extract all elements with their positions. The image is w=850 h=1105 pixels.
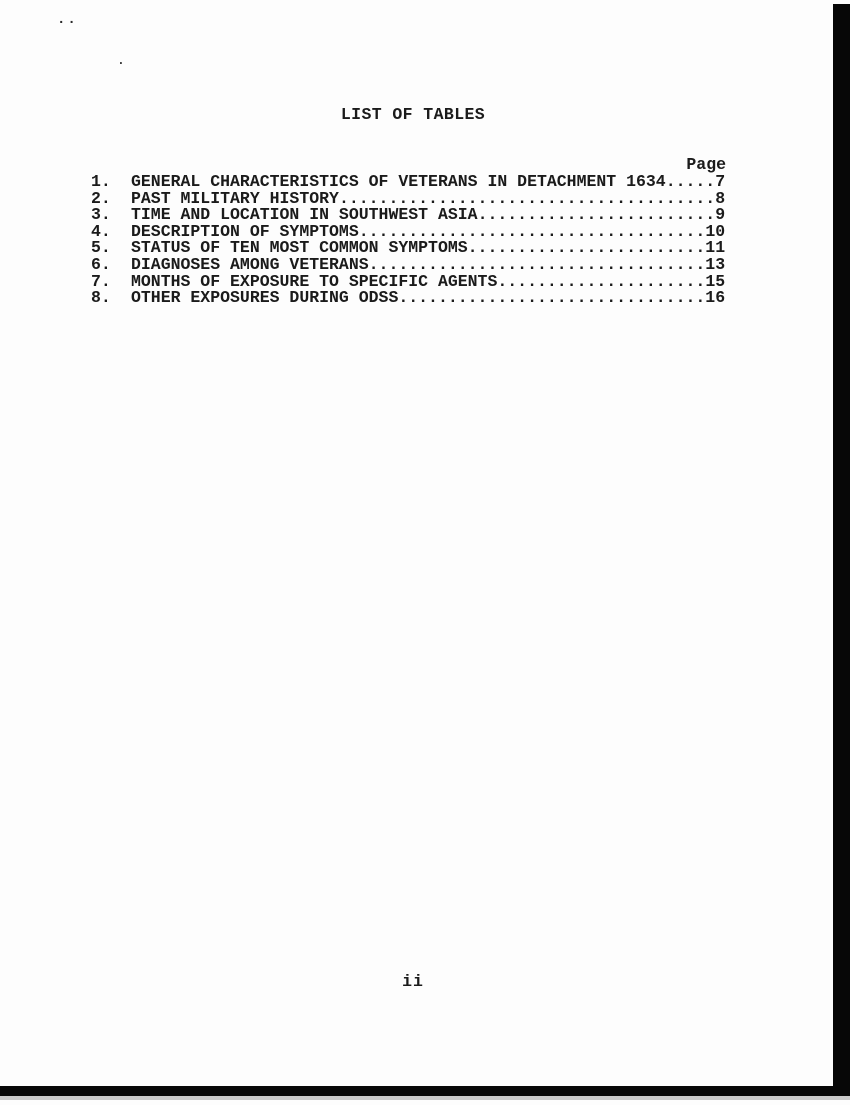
folio-page-number: ii [0, 972, 826, 991]
list-of-tables: 1.GENERAL CHARACTERISTICS OF VETERANS IN… [91, 174, 725, 307]
leader-dots: ............................... [398, 290, 705, 307]
scan-edge-bar-right [833, 4, 850, 1096]
scan-edge-shadow [0, 1096, 850, 1100]
entry-number: 8. [91, 290, 131, 307]
entry-title: OTHER EXPOSURES DURING ODSS [131, 290, 398, 307]
scan-artifact-mark: .. [57, 13, 78, 27]
page-title: LIST OF TABLES [0, 105, 826, 124]
scan-artifact-dot: . [117, 54, 125, 67]
scan-edge-bar-bottom [0, 1086, 850, 1096]
scanned-document-page: .. . LIST OF TABLES Page 1.GENERAL CHARA… [0, 0, 850, 1105]
entry-page-number: 16 [705, 290, 725, 307]
table-entry: 8.OTHER EXPOSURES DURING ODSS...........… [91, 290, 725, 307]
